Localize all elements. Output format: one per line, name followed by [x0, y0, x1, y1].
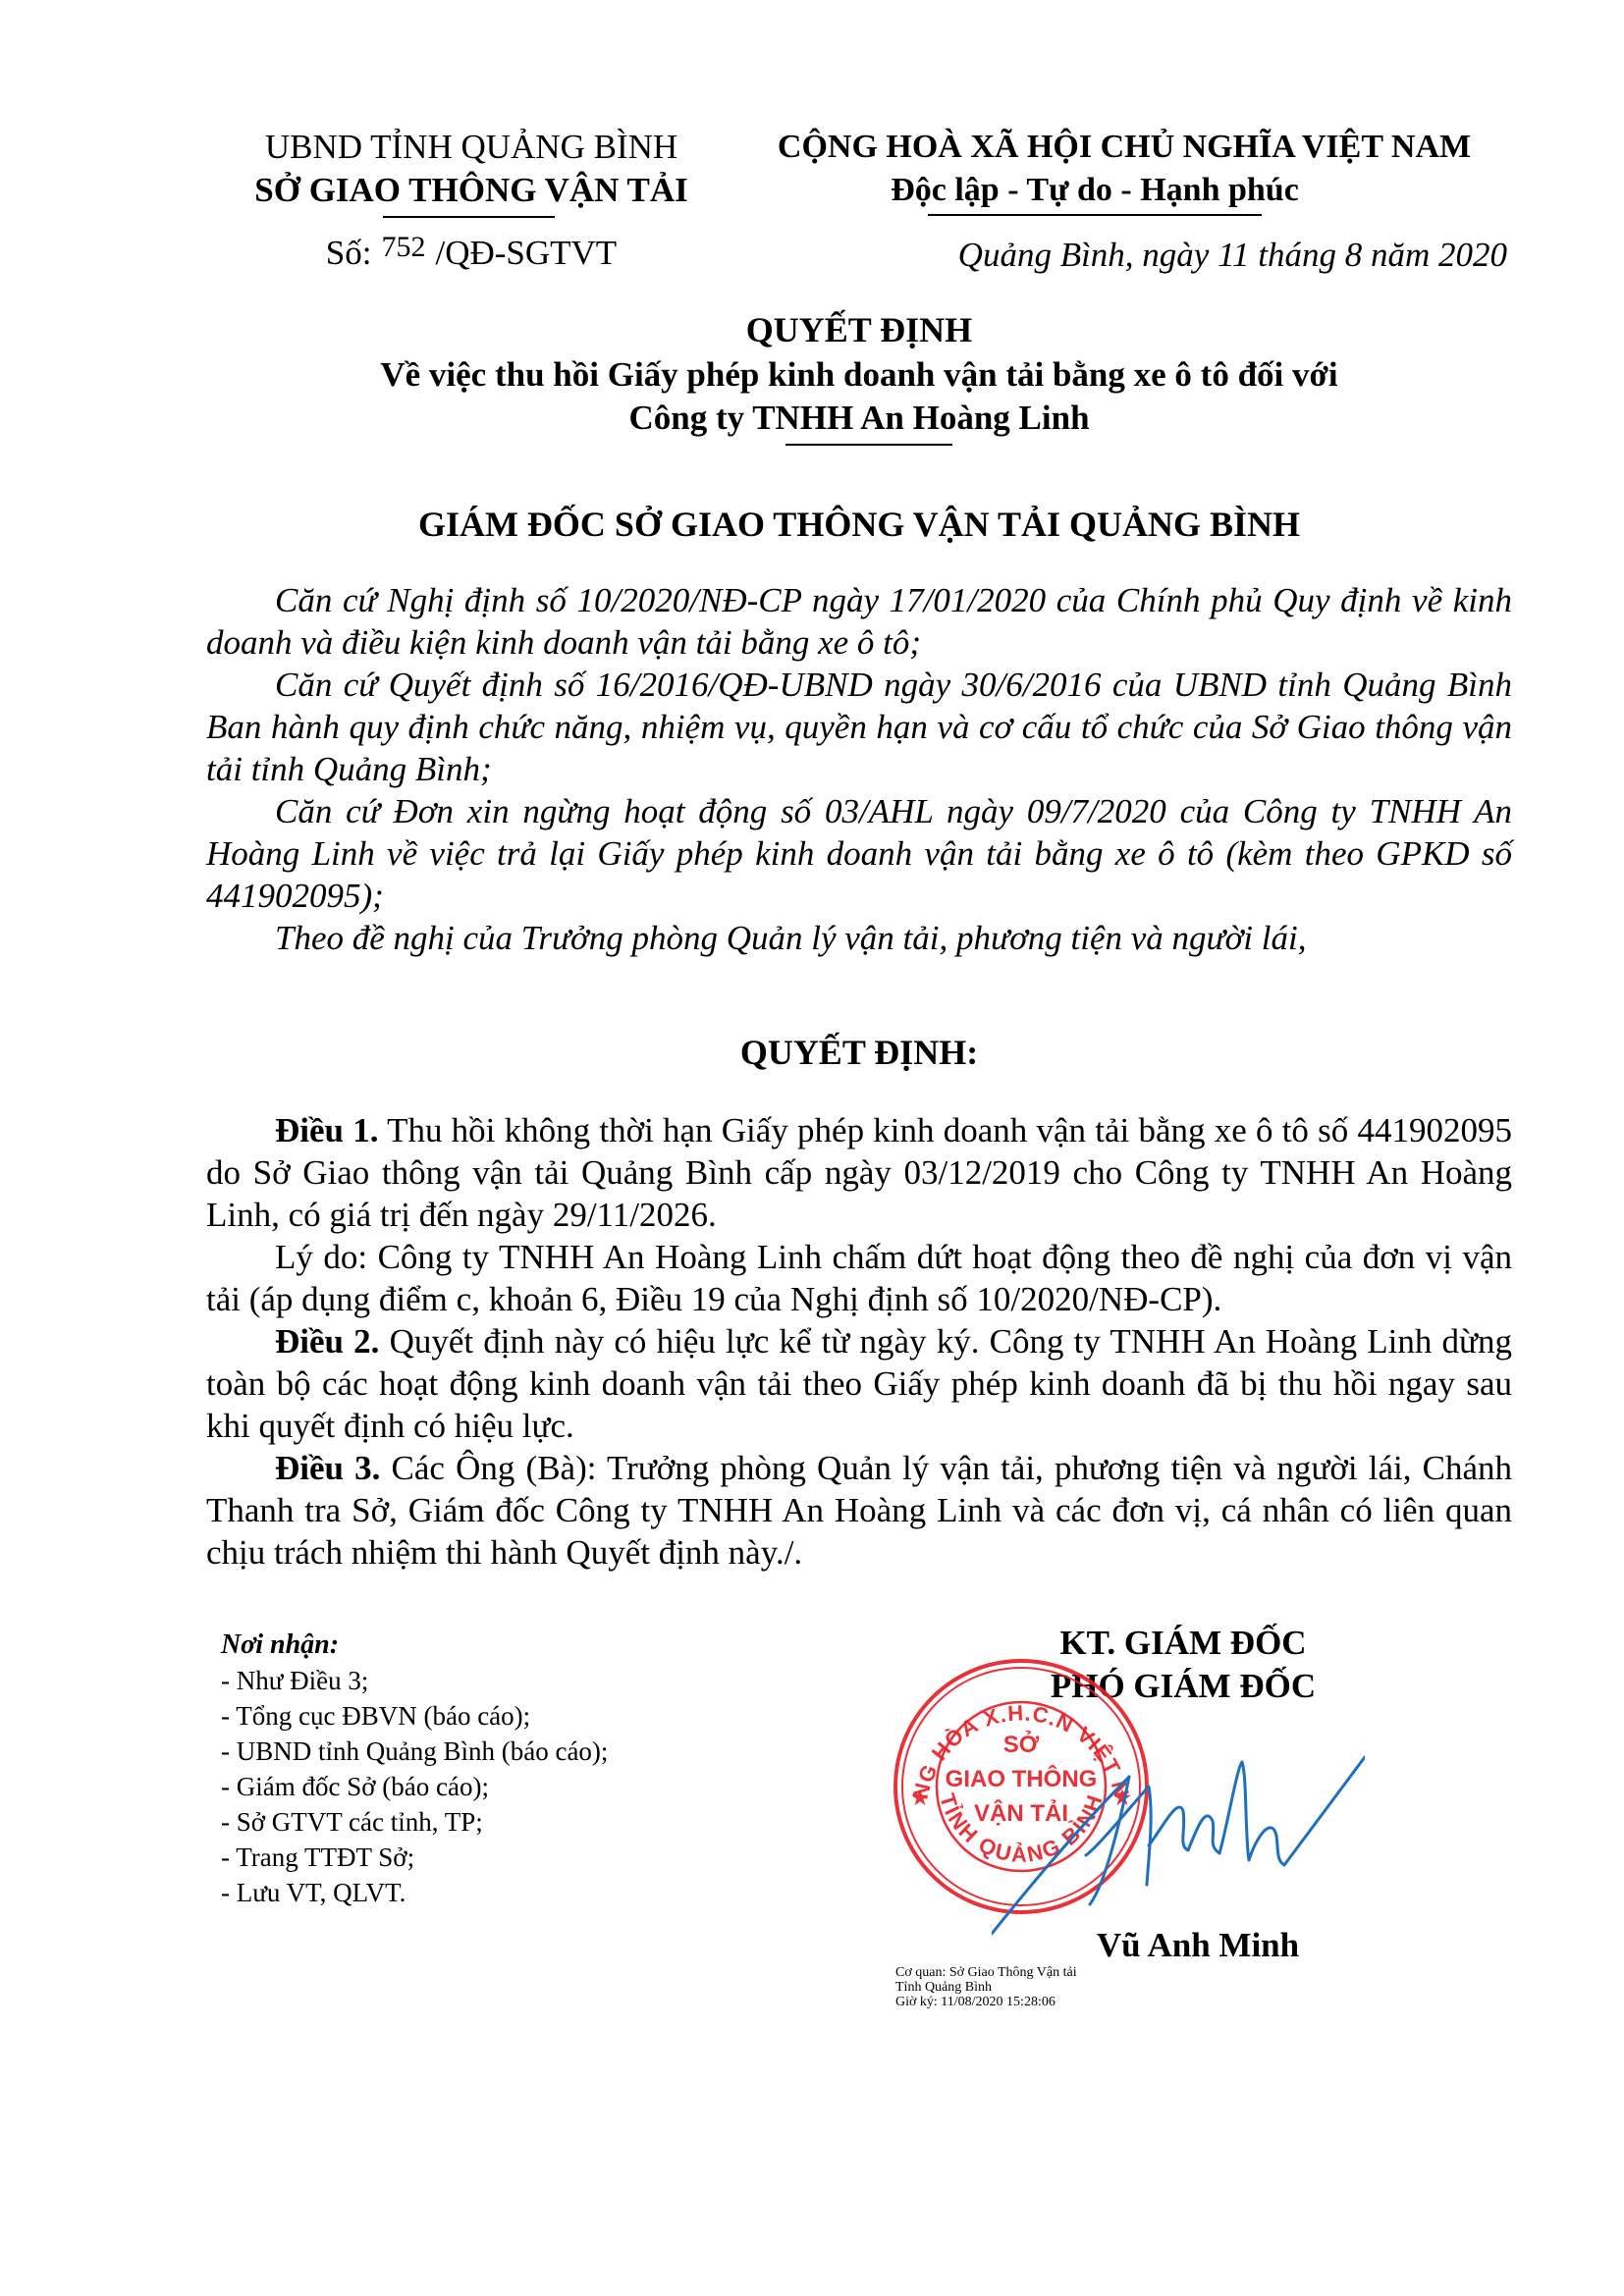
article-text: Quyết định này có hiệu lực kể từ ngày ký… — [206, 1322, 1512, 1445]
svg-text:★: ★ — [911, 1788, 929, 1809]
department-underline — [383, 216, 555, 218]
article-3: Điều 3. Các Ông (Bà): Trưởng phòng Quản … — [206, 1447, 1512, 1574]
recipients-list: Nơi nhận: - Như Điều 3; - Tổng cục ĐBVN … — [221, 1628, 731, 1910]
legal-basis-3: Căn cứ Đơn xin ngừng hoạt động số 03/AHL… — [206, 790, 1512, 917]
article-label: Điều 2. — [275, 1322, 379, 1361]
recipient-item: - Giám đốc Sở (báo cáo); — [221, 1769, 731, 1804]
signing-time: Giờ ký: 11/08/2020 15:28:06 — [895, 1995, 1288, 2009]
article-label: Điều 1. — [275, 1111, 378, 1149]
decision-heading: QUYẾT ĐỊNH: — [206, 1029, 1512, 1076]
motto-underline — [928, 214, 1262, 216]
recipient-item: - Tổng cục ĐBVN (báo cáo); — [221, 1698, 731, 1734]
signing-province: Tỉnh Quảng Bình — [895, 1980, 1288, 1995]
recipients-heading: Nơi nhận: — [221, 1628, 731, 1663]
recipient-item: - UBND tỉnh Quảng Bình (báo cáo); — [221, 1734, 731, 1769]
subject-line-1: Về việc thu hồi Giấy phép kinh doanh vận… — [206, 353, 1512, 397]
title-underline — [785, 444, 952, 446]
article-1-reason: Lý do: Công ty TNHH An Hoàng Linh chấm d… — [206, 1236, 1512, 1320]
issuer-heading: GIÁM ĐỐC SỞ GIAO THÔNG VẬN TẢI QUẢNG BÌN… — [206, 501, 1512, 548]
legal-basis-text: Căn cứ Đơn xin ngừng hoạt động số 03/AHL… — [206, 792, 1512, 915]
article-2: Điều 2. Quyết định này có hiệu lực kể từ… — [206, 1320, 1512, 1447]
article-text: Các Ông (Bà): Trưởng phòng Quản lý vận t… — [206, 1449, 1512, 1572]
legal-basis-4: Theo đề nghị của Trưởng phòng Quản lý vậ… — [206, 917, 1512, 959]
legal-basis-text: Theo đề nghị của Trưởng phòng Quản lý vậ… — [275, 919, 1306, 957]
legal-basis-2: Căn cứ Quyết định số 16/2016/QĐ-UBND ngà… — [206, 664, 1512, 790]
recipient-item: - Như Điều 3; — [221, 1663, 731, 1698]
republic-name: CỘNG HOÀ XÃ HỘI CHỦ NGHĨA VIỆT NAM — [741, 126, 1507, 169]
number-value: 752 — [381, 226, 425, 269]
article-1: Điều 1. Thu hồi không thời hạn Giấy phép… — [206, 1109, 1512, 1236]
national-header-block: CỘNG HOÀ XÃ HỘI CHỦ NGHĨA VIỆT NAM Độc l… — [741, 126, 1507, 277]
recipient-item: - Lưu VT, QLVT. — [221, 1875, 731, 1910]
subject-line-2: Công ty TNHH An Hoàng Linh — [206, 397, 1512, 440]
document-title-block: QUYẾT ĐỊNH Về việc thu hồi Giấy phép kin… — [206, 306, 1512, 446]
number-prefix: Số: — [326, 234, 372, 272]
national-motto: Độc lập - Tự do - Hạnh phúc — [891, 169, 1299, 212]
department-name: SỞ GIAO THÔNG VẬN TẢI — [211, 169, 731, 212]
number-suffix: /QĐ-SGTVT — [435, 234, 617, 272]
issuing-authority-block: UBND TỈNH QUẢNG BÌNH SỞ GIAO THÔNG VẬN T… — [211, 126, 731, 277]
article-text: Thu hồi không thời hạn Giấy phép kinh do… — [206, 1111, 1512, 1234]
recipient-item: - Sở GTVT các tỉnh, TP; — [221, 1804, 731, 1840]
article-label: Điều 3. — [275, 1449, 380, 1487]
article-text: Lý do: Công ty TNHH An Hoàng Linh chấm d… — [206, 1238, 1512, 1318]
recipient-item: - Trang TTĐT Sở; — [221, 1840, 731, 1875]
signing-agency: Cơ quan: Sở Giao Thông Vận tải — [895, 1965, 1288, 1980]
legal-basis-text: Căn cứ Quyết định số 16/2016/QĐ-UBND ngà… — [206, 666, 1512, 788]
document-number: Số:752/QĐ-SGTVT — [211, 232, 731, 277]
legal-basis-text: Căn cứ Nghị định số 10/2020/NĐ-CP ngày 1… — [206, 581, 1512, 662]
digital-signature-info: Cơ quan: Sở Giao Thông Vận tải Tỉnh Quản… — [895, 1965, 1288, 2009]
handwritten-signature-icon — [992, 1737, 1365, 1944]
legal-basis-1: Căn cứ Nghị định số 10/2020/NĐ-CP ngày 1… — [206, 579, 1512, 664]
place-and-date: Quảng Bình, ngày 11 tháng 8 năm 2020 — [741, 234, 1507, 277]
document-type: QUYẾT ĐỊNH — [206, 306, 1512, 353]
authority-name: UBND TỈNH QUẢNG BÌNH — [211, 126, 731, 169]
